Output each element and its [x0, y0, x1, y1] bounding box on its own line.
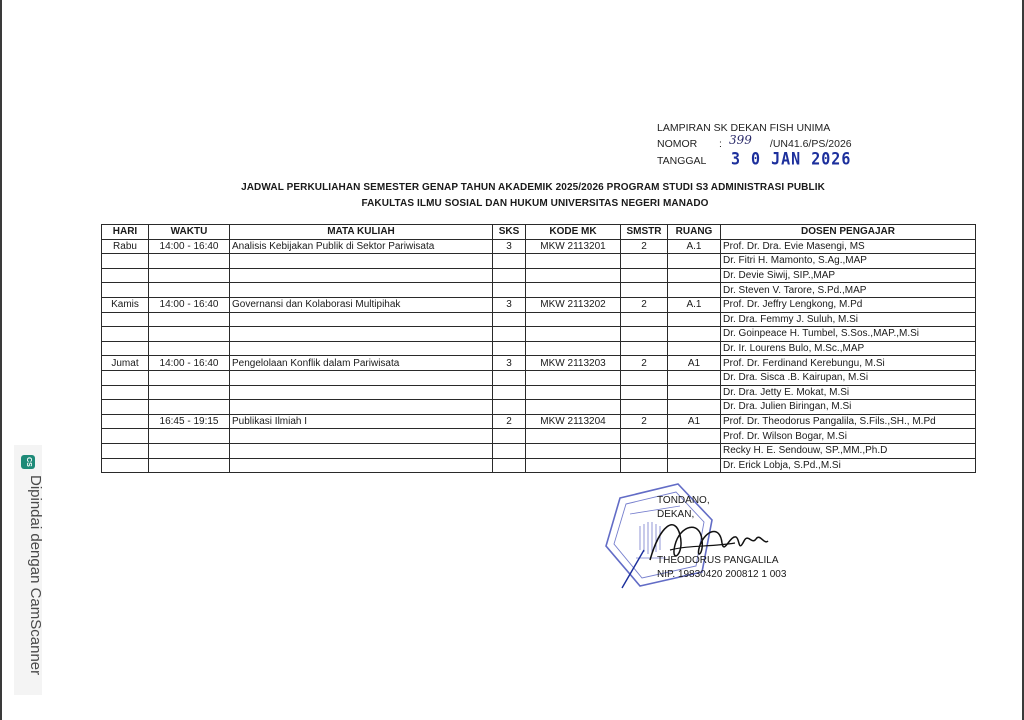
- cell-smstr: 2: [621, 239, 668, 254]
- cell-ruang: [668, 341, 721, 356]
- cell-hari: [102, 283, 149, 298]
- cell-mata-kuliah: [230, 283, 493, 298]
- cell-sks: [493, 370, 526, 385]
- schedule-body: Rabu14:00 - 16:40Analisis Kebijakan Publ…: [102, 239, 976, 473]
- cell-mata-kuliah: [230, 385, 493, 400]
- cell-dosen: Dr. Goinpeace H. Tumbel, S.Sos.,MAP.,M.S…: [721, 327, 976, 342]
- cell-smstr: 2: [621, 297, 668, 312]
- table-row: Dr. Steven V. Tarore, S.Pd.,MAP: [102, 283, 976, 298]
- cell-waktu: [149, 254, 230, 269]
- cell-smstr: [621, 443, 668, 458]
- cell-smstr: [621, 385, 668, 400]
- header-kode-mk: KODE MK: [526, 225, 621, 240]
- cell-kode-mk: MKW 2113201: [526, 239, 621, 254]
- cell-mata-kuliah: [230, 443, 493, 458]
- cell-hari: [102, 429, 149, 444]
- cell-smstr: [621, 254, 668, 269]
- header-waktu: WAKTU: [149, 225, 230, 240]
- table-row: Dr. Ir. Lourens Bulo, M.Sc.,MAP: [102, 341, 976, 356]
- cell-ruang: A.1: [668, 297, 721, 312]
- document-title: JADWAL PERKULIAHAN SEMESTER GENAP TAHUN …: [21, 182, 1024, 193]
- cell-dosen: Dr. Devie Siwij, SIP.,MAP: [721, 268, 976, 283]
- cell-hari: [102, 414, 149, 429]
- camscanner-text: Dipindai dengan CamScanner: [27, 475, 44, 675]
- cell-hari: [102, 458, 149, 473]
- cell-dosen: Dr. Dra. Femmy J. Suluh, M.Si: [721, 312, 976, 327]
- cell-ruang: [668, 385, 721, 400]
- cell-sks: [493, 254, 526, 269]
- table-row: Recky H. E. Sendouw, SP.,MM.,Ph.D: [102, 443, 976, 458]
- table-row: Dr. Dra. Julien Biringan, M.Si: [102, 400, 976, 415]
- cell-dosen: Dr. Erick Lobja, S.Pd.,M.Si: [721, 458, 976, 473]
- cell-waktu: [149, 268, 230, 283]
- header-hari: HARI: [102, 225, 149, 240]
- cell-ruang: A.1: [668, 239, 721, 254]
- cell-mata-kuliah: [230, 327, 493, 342]
- cell-hari: Kamis: [102, 297, 149, 312]
- cell-smstr: [621, 400, 668, 415]
- cell-kode-mk: MKW 2113202: [526, 297, 621, 312]
- cell-waktu: [149, 429, 230, 444]
- cell-hari: [102, 400, 149, 415]
- cell-waktu: [149, 283, 230, 298]
- cell-ruang: [668, 370, 721, 385]
- cell-waktu: [149, 312, 230, 327]
- cell-sks: [493, 458, 526, 473]
- table-row: Kamis14:00 - 16:40Governansi dan Kolabor…: [102, 297, 976, 312]
- cell-smstr: [621, 283, 668, 298]
- cell-waktu: [149, 400, 230, 415]
- cell-sks: 3: [493, 356, 526, 371]
- tanggal-label: TANGGAL: [657, 154, 719, 169]
- cell-waktu: 16:45 - 19:15: [149, 414, 230, 429]
- cell-sks: [493, 385, 526, 400]
- cell-mata-kuliah: [230, 429, 493, 444]
- cell-dosen: Dr. Dra. Julien Biringan, M.Si: [721, 400, 976, 415]
- cell-ruang: [668, 254, 721, 269]
- cell-dosen: Dr. Dra. Sisca .B. Kairupan, M.Si: [721, 370, 976, 385]
- cell-mata-kuliah: [230, 400, 493, 415]
- cell-kode-mk: [526, 254, 621, 269]
- cell-kode-mk: [526, 268, 621, 283]
- nomor-handwritten: 399: [729, 133, 752, 148]
- cell-waktu: [149, 443, 230, 458]
- header-ruang: RUANG: [668, 225, 721, 240]
- cell-smstr: [621, 458, 668, 473]
- cell-dosen: Dr. Steven V. Tarore, S.Pd.,MAP: [721, 283, 976, 298]
- lampiran-line: LAMPIRAN SK DEKAN FISH UNIMA: [657, 121, 852, 136]
- cell-waktu: [149, 341, 230, 356]
- tanggal-line: TANGGAL 3 0 JAN 2026: [657, 152, 852, 169]
- header-mata-kuliah: MATA KULIAH: [230, 225, 493, 240]
- signature-position: DEKAN,: [657, 508, 694, 522]
- cell-dosen: Dr. Fitri H. Mamonto, S.Ag.,MAP: [721, 254, 976, 269]
- nomor-label: NOMOR: [657, 137, 719, 152]
- table-row: Rabu14:00 - 16:40Analisis Kebijakan Publ…: [102, 239, 976, 254]
- signatory-name: THEODORUS PANGALILA: [657, 554, 779, 568]
- cell-ruang: [668, 268, 721, 283]
- cell-dosen: Prof. Dr. Theodorus Pangalila, S.Fils.,S…: [721, 414, 976, 429]
- camscanner-watermark: CS Dipindai dengan CamScanner: [14, 445, 42, 695]
- cell-ruang: [668, 312, 721, 327]
- cell-waktu: [149, 458, 230, 473]
- cell-hari: [102, 327, 149, 342]
- cell-waktu: [149, 370, 230, 385]
- table-row: Dr. Dra. Jetty E. Mokat, M.Si: [102, 385, 976, 400]
- cell-smstr: 2: [621, 356, 668, 371]
- cell-sks: 3: [493, 239, 526, 254]
- cell-ruang: [668, 327, 721, 342]
- header-sks: SKS: [493, 225, 526, 240]
- signatory-nip: NIP. 19830420 200812 1 003: [657, 568, 786, 582]
- cell-kode-mk: [526, 400, 621, 415]
- cell-dosen: Prof. Dr. Ferdinand Kerebungu, M.Si: [721, 356, 976, 371]
- cell-ruang: [668, 400, 721, 415]
- cell-kode-mk: MKW 2113204: [526, 414, 621, 429]
- cell-kode-mk: [526, 283, 621, 298]
- cell-mata-kuliah: Analisis Kebijakan Publik di Sektor Pari…: [230, 239, 493, 254]
- cell-waktu: 14:00 - 16:40: [149, 297, 230, 312]
- cell-kode-mk: [526, 327, 621, 342]
- cell-smstr: [621, 327, 668, 342]
- cell-sks: [493, 400, 526, 415]
- cell-mata-kuliah: Governansi dan Kolaborasi Multipihak: [230, 297, 493, 312]
- cell-smstr: [621, 312, 668, 327]
- cell-hari: [102, 341, 149, 356]
- cell-hari: [102, 443, 149, 458]
- cell-sks: 2: [493, 414, 526, 429]
- cell-ruang: [668, 458, 721, 473]
- cell-waktu: [149, 327, 230, 342]
- table-row: Dr. Erick Lobja, S.Pd.,M.Si: [102, 458, 976, 473]
- tanggal-stamp: 3 0 JAN 2026: [731, 151, 851, 168]
- cell-waktu: [149, 385, 230, 400]
- cell-kode-mk: [526, 385, 621, 400]
- table-row: Prof. Dr. Wilson Bogar, M.Si: [102, 429, 976, 444]
- nomor-colon: :: [719, 137, 729, 152]
- cell-dosen: Dr. Dra. Jetty E. Mokat, M.Si: [721, 385, 976, 400]
- cell-hari: [102, 370, 149, 385]
- cell-sks: [493, 443, 526, 458]
- cell-waktu: 14:00 - 16:40: [149, 239, 230, 254]
- cell-dosen: Prof. Dr. Dra. Evie Masengi, MS: [721, 239, 976, 254]
- cell-kode-mk: [526, 341, 621, 356]
- cell-hari: [102, 312, 149, 327]
- cell-smstr: [621, 268, 668, 283]
- cell-smstr: [621, 429, 668, 444]
- page-edge-left: [0, 0, 2, 720]
- cell-mata-kuliah: [230, 312, 493, 327]
- cell-smstr: [621, 341, 668, 356]
- cell-waktu: 14:00 - 16:40: [149, 356, 230, 371]
- cell-mata-kuliah: [230, 254, 493, 269]
- cell-dosen: Prof. Dr. Wilson Bogar, M.Si: [721, 429, 976, 444]
- cell-sks: [493, 268, 526, 283]
- lampiran-block: LAMPIRAN SK DEKAN FISH UNIMA NOMOR : 399…: [657, 121, 852, 169]
- cell-ruang: [668, 283, 721, 298]
- cell-ruang: A1: [668, 414, 721, 429]
- header-dosen-pengajar: DOSEN PENGAJAR: [721, 225, 976, 240]
- document-subtitle: FAKULTAS ILMU SOSIAL DAN HUKUM UNIVERSIT…: [23, 198, 1024, 209]
- cell-mata-kuliah: [230, 370, 493, 385]
- cell-mata-kuliah: [230, 458, 493, 473]
- cell-mata-kuliah: [230, 268, 493, 283]
- cell-sks: [493, 429, 526, 444]
- cell-ruang: [668, 429, 721, 444]
- cell-dosen: Dr. Ir. Lourens Bulo, M.Sc.,MAP: [721, 341, 976, 356]
- cell-smstr: 2: [621, 414, 668, 429]
- cell-sks: [493, 312, 526, 327]
- cell-dosen: Prof. Dr. Jeffry Lengkong, M.Pd: [721, 297, 976, 312]
- cell-hari: Jumat: [102, 356, 149, 371]
- table-header-row: HARI WAKTU MATA KULIAH SKS KODE MK SMSTR…: [102, 225, 976, 240]
- cell-sks: [493, 341, 526, 356]
- table-row: Dr. Dra. Femmy J. Suluh, M.Si: [102, 312, 976, 327]
- cell-ruang: A1: [668, 356, 721, 371]
- table-row: Jumat14:00 - 16:40Pengelolaan Konflik da…: [102, 356, 976, 371]
- cell-sks: [493, 283, 526, 298]
- camscanner-logo-icon: CS: [21, 455, 35, 469]
- cell-kode-mk: [526, 443, 621, 458]
- table-row: Dr. Fitri H. Mamonto, S.Ag.,MAP: [102, 254, 976, 269]
- cell-kode-mk: [526, 429, 621, 444]
- cell-smstr: [621, 370, 668, 385]
- cell-kode-mk: MKW 2113203: [526, 356, 621, 371]
- cell-dosen: Recky H. E. Sendouw, SP.,MM.,Ph.D: [721, 443, 976, 458]
- cell-kode-mk: [526, 458, 621, 473]
- cell-kode-mk: [526, 312, 621, 327]
- cell-mata-kuliah: [230, 341, 493, 356]
- table-row: Dr. Goinpeace H. Tumbel, S.Sos.,MAP.,M.S…: [102, 327, 976, 342]
- cell-hari: [102, 268, 149, 283]
- cell-hari: [102, 254, 149, 269]
- cell-sks: [493, 327, 526, 342]
- signature-place: TONDANO,: [657, 494, 710, 508]
- table-row: Dr. Dra. Sisca .B. Kairupan, M.Si: [102, 370, 976, 385]
- cell-mata-kuliah: Publikasi Ilmiah I: [230, 414, 493, 429]
- header-smstr: SMSTR: [621, 225, 668, 240]
- cell-kode-mk: [526, 370, 621, 385]
- table-row: Dr. Devie Siwij, SIP.,MAP: [102, 268, 976, 283]
- cell-hari: [102, 385, 149, 400]
- cell-hari: Rabu: [102, 239, 149, 254]
- table-row: 16:45 - 19:15Publikasi Ilmiah I2MKW 2113…: [102, 414, 976, 429]
- schedule-table: HARI WAKTU MATA KULIAH SKS KODE MK SMSTR…: [101, 224, 976, 473]
- cell-mata-kuliah: Pengelolaan Konflik dalam Pariwisata: [230, 356, 493, 371]
- cell-sks: 3: [493, 297, 526, 312]
- cell-ruang: [668, 443, 721, 458]
